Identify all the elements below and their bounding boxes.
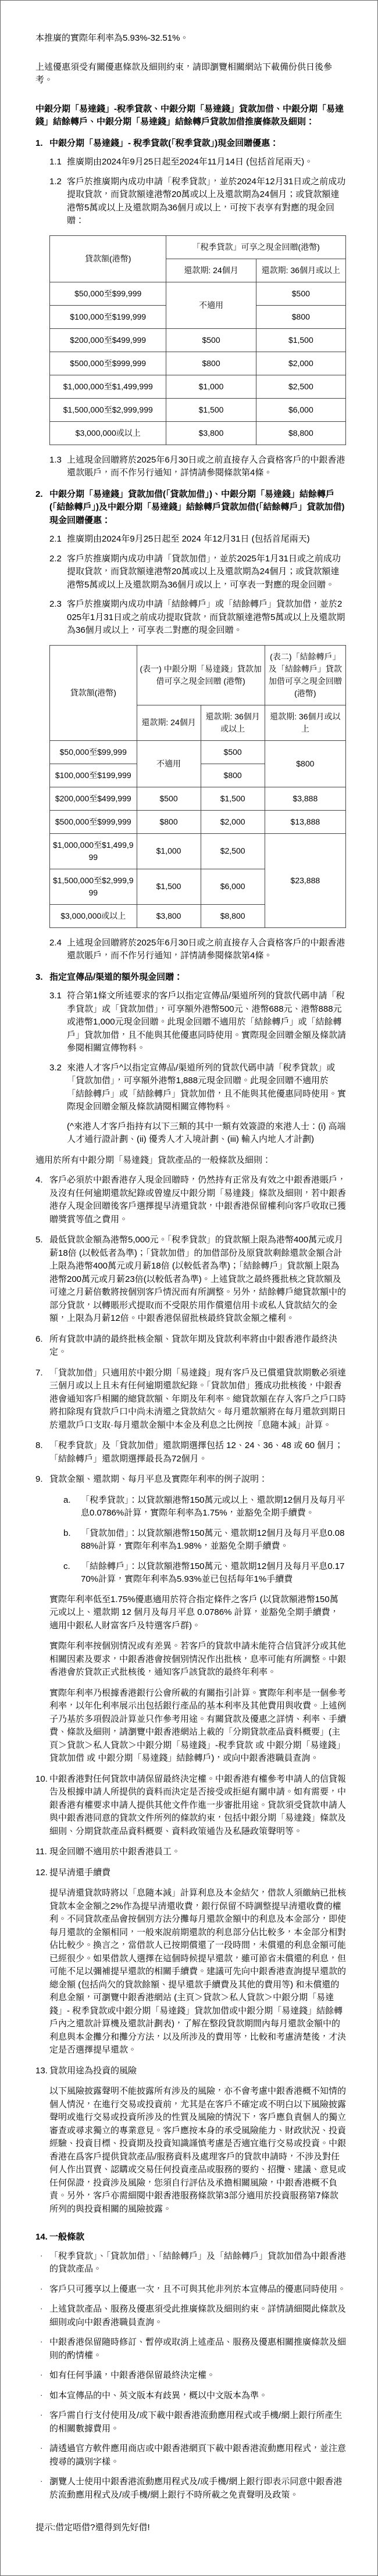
- rebate-cell: $500: [166, 328, 256, 352]
- clause-number: 1.3: [49, 454, 67, 480]
- table-row: $50,000至$99,999 不適用 $500: [50, 282, 346, 305]
- rebate-cell: $800: [201, 764, 265, 787]
- bullet-icon: ·: [40, 2336, 49, 2362]
- clause-2-3: 2.3 客戶於推廣期內成功申請「結餘轉戶」或「結餘轉戶」貸款加借，並於2025年…: [49, 598, 346, 637]
- clause-1-3: 1.3 上述現金回贈將於2025年6月30日或之前直接存入合資格客戶的中銀香港還…: [49, 454, 346, 480]
- rebate-cell: $2,000: [201, 810, 265, 833]
- table-row: $500,000至$999,999 $800 $2,000: [50, 352, 346, 375]
- clause-1-2: 1.2 客戶於推廣期內成功申請「稅季貸款」，並於2024年12月31日或之前成功…: [49, 175, 346, 228]
- investment-risk-body: 以下風險披露聲明不能披露所有涉及的風險，亦不會考慮中銀香港概不知情的個人情況，在…: [49, 2085, 346, 2216]
- letter-number: c.: [63, 1560, 81, 1586]
- general-bullet: · 中銀香港保留隨時修訂、暫停或取消上述產品、服務及優惠相關推廣條款及細則的酌情…: [40, 2336, 346, 2362]
- general-bullet: · 如本宣傳品的中、英文版本有歧異，概以中文版本為準。: [40, 2389, 346, 2403]
- clause-text: 來港人才客戶^以指定宣傳品/渠道所列的貸款代碼申請「稅季貸款」或「貸款加借」，可…: [67, 1062, 346, 1114]
- clause-5: 5. 最低貸款金額為港幣5,000元。「稅季貸款」的貸款額上限為港幣400萬元或…: [35, 1234, 346, 1325]
- section-number: 3.: [35, 971, 49, 984]
- clause-2-2: 2.2 客戶於推廣期內成功申請「貸款加借」，並於2025年1月31日或之前成功提…: [49, 553, 346, 592]
- group-header-cell: (表一) 中銀分期「易達錢」貸款加借可享之現金回贈 (港幣): [137, 645, 265, 705]
- clause-number: 8.: [35, 1439, 49, 1466]
- rebate-cell: $800: [137, 810, 201, 833]
- clause-text: 客戶於推廣期內成功申請「貸款加借」，並於2025年1月31日或之前成功提取貸款，…: [67, 553, 346, 592]
- clause-title: 提早清還手續費: [49, 1866, 346, 1880]
- section-number: 2.: [35, 488, 49, 528]
- section-3-heading: 3. 指定宣傳品/渠道的額外現金回贈：: [35, 971, 346, 984]
- rebate-cell: $2,000: [256, 352, 345, 375]
- bullet-text: 「稅季貸款」、「貸款加借」、「結餘轉戶」及「結餘轉戶」貸款加借為中銀香港的貸款產…: [49, 2250, 346, 2276]
- clause-13: 13. 貸款用途為投資的風險: [35, 2065, 346, 2078]
- rebate-cell: $8,800: [256, 421, 345, 445]
- section-number: 1.: [35, 137, 49, 151]
- bullet-icon: ·: [40, 2283, 49, 2296]
- clause-text: 客戶必須於中銀香港存入現金回贈時，仍然持有正常及有效之中銀香港賬戶，及沒有任何逾…: [49, 1174, 346, 1226]
- clause-10: 10. 中銀香港對任何貸款申請保留最終決定權。中銀香港有權參考申請人的信貸報告及…: [35, 1773, 346, 1839]
- bullet-text: 如本宣傳品的中、英文版本有歧異，概以中文版本為準。: [49, 2389, 346, 2403]
- rebate-cell: 不適用: [166, 282, 256, 328]
- rebate-cell: $6,000: [201, 869, 265, 904]
- clause-3-1: 3.1 符合第1條文所述要求的客戶以指定宣傳品/渠道所列的貸款代碼申請「稅季貸款…: [49, 990, 346, 1055]
- rebate-cell: $1,500: [137, 869, 201, 904]
- example-text: 「貸款加借」：以貸款額港幣150萬元、還款期12個月及每月平息0.0888%計算…: [81, 1527, 346, 1553]
- amount-header-cell: 貸款額(港幣): [50, 235, 166, 282]
- bullet-text: 上述貸款產品、服務及優惠須受此推廣條款及細則約束。詳情請細閱此條款及細則或向中銀…: [49, 2303, 346, 2329]
- lending-warning-slogan: 提示:借定唔借?還得到先好借!: [35, 2521, 346, 2535]
- letter-number: a.: [63, 1494, 81, 1520]
- general-terms-heading: 適用於所有中銀分期「易達錢」貸款產品的一般條款及細則：: [35, 1154, 346, 1167]
- amount-cell: $50,000至$99,999: [50, 282, 166, 305]
- clause-text: 推廣期由2024年9月25日起至 2024 年12月31日 (包括首尾兩天): [67, 533, 346, 546]
- table-row: $50,000至$99,999 不適用 $500 $800: [50, 740, 346, 764]
- bullet-icon: ·: [40, 2409, 49, 2435]
- bullet-text: 請透過官方軟件應用商店或中銀香港網頁下載中銀香港流動應用程式，並注意搜尋的識別字…: [49, 2442, 346, 2468]
- subheader-cell: 還款期: 24個月: [137, 705, 201, 740]
- amount-cell: $500,000至$999,999: [50, 352, 166, 375]
- bullet-icon: ·: [40, 2389, 49, 2403]
- general-bullet: · 請透過官方軟件應用商店或中銀香港網頁下載中銀香港流動應用程式，並注意搜尋的識…: [40, 2442, 346, 2468]
- offer-notice-line: 上述優惠須受有關優惠條款及細則約束，請即瀏覽相關網站下載備份供日後參考。: [35, 61, 346, 87]
- amount-cell: $50,000至$99,999: [50, 740, 137, 764]
- subheader-cell: 還款期: 36個月或以上: [201, 705, 265, 740]
- rebate-cell: $13,888: [265, 810, 345, 833]
- clause-number: 3.1: [49, 990, 67, 1055]
- rebate-cell: $2,500: [256, 375, 345, 398]
- clause-number: 1.2: [49, 175, 67, 228]
- section-heading-text: 中銀分期「易達錢」- 稅季貸款(「稅季貸款」)現金回贈優惠：: [49, 137, 346, 151]
- rebate-cell: $800: [265, 740, 345, 787]
- rebate-cell: 不適用: [137, 740, 201, 787]
- clause-number: 10.: [35, 1773, 49, 1839]
- clause-text: 符合第1條文所述要求的客戶以指定宣傳品/渠道所列的貸款代碼申請「稅季貸款」或「貸…: [67, 990, 346, 1055]
- clause-number: 3.2: [49, 1062, 67, 1114]
- amount-cell: $1,000,000至$1,499,999: [50, 833, 137, 869]
- clause-4: 4. 客戶必須於中銀香港存入現金回贈時，仍然持有正常及有效之中銀香港賬戶，及沒有…: [35, 1174, 346, 1226]
- clause-number: 2.3: [49, 598, 67, 637]
- general-bullet: · 客戶需自行支付使用及/或下載中銀香港流動應用程式或手機/網上銀行所產生的相關…: [40, 2409, 346, 2435]
- doc-title: 中銀分期「易達錢」-稅季貸款、中銀分期「易達錢」貸款加借、中銀分期「易達錢」結餘…: [35, 103, 346, 129]
- table-row: $1,000,000至$1,499,999 $1,000 $2,500: [50, 375, 346, 398]
- bullet-text: 中銀香港保留隨時修訂、暫停或取消上述產品、服務及優惠相關推廣條款及細則的酌情權。: [49, 2336, 346, 2362]
- clause-text: 中銀香港對任何貸款申請保留最終決定權。中銀香港有權參考申請人的信貸報告及根據申請…: [49, 1773, 346, 1839]
- table-row: $500,000至$999,999 $800 $2,000 $13,888: [50, 810, 346, 833]
- bullet-icon: ·: [40, 2475, 49, 2502]
- bullet-icon: ·: [40, 2442, 49, 2468]
- table-row: $200,000至$499,999 $500 $1,500 $3,888: [50, 787, 346, 810]
- clause-12: 12. 提早清還手續費: [35, 1866, 346, 1880]
- amount-cell: $200,000至$499,999: [50, 328, 166, 352]
- clause-number: 6.: [35, 1333, 49, 1359]
- section-heading-text: 中銀分期「易達錢」貸款加借(「貸款加借」)、中銀分期「易達錢」結餘轉戶(「結餘轉…: [49, 488, 346, 528]
- section-heading-text: 一般條款: [49, 2231, 346, 2244]
- section-2-heading: 2. 中銀分期「易達錢」貸款加借(「貸款加借」)、中銀分期「易達錢」結餘轉戶(「…: [35, 488, 346, 528]
- clause-number: 5.: [35, 1234, 49, 1325]
- clause-number: 4.: [35, 1174, 49, 1226]
- amount-cell: $3,000,000或以上: [50, 421, 166, 445]
- rebate-cell: $3,800: [137, 904, 201, 927]
- amount-header-cell: 貸款額(港幣): [50, 645, 137, 740]
- amount-cell: $200,000至$499,999: [50, 787, 137, 810]
- rebate-cell: $1,000: [137, 833, 201, 869]
- group-header-cell: 「稅季貸款」可享之現金回贈(港幣): [166, 235, 346, 259]
- tax-loan-rebate-table: 貸款額(港幣) 「稅季貸款」可享之現金回贈(港幣) 還款期: 24個月 還款期:…: [49, 235, 346, 445]
- clause-text: 所有貸款申請的最終批核金額、貸款年期及貸款利率將由中銀香港作最終決定。: [49, 1333, 346, 1359]
- clause-number: 2.1: [49, 533, 67, 546]
- apr-guideline-para: 實際年利率乃根據香港銀行公會所載的有關指引計算。實際年利率是一個參考利率，以年化…: [49, 1687, 346, 1765]
- bullet-icon: ·: [40, 2303, 49, 2329]
- clause-text: 上述現金回贈將於2025年6月30日或之前直接存入合資格客戶的中銀香港還款賬戶，…: [67, 454, 346, 480]
- general-bullet: · 客戶只可獲享以上優惠一次，且不可與其他非列於本宣傳品的優惠同時使用。: [40, 2283, 346, 2296]
- bullet-icon: ·: [40, 2250, 49, 2276]
- top-up-balance-transfer-rebate-table: 貸款額(港幣) (表一) 中銀分期「易達錢」貸款加借可享之現金回贈 (港幣) (…: [49, 645, 346, 928]
- example-text: 「結餘轉戶」：以貸款額港幣150萬元、還款期12個月及每月平息0.1770%計算…: [81, 1560, 346, 1586]
- clause-title: 貸款用途為投資的風險: [49, 2065, 346, 2078]
- rebate-cell: $800: [256, 305, 345, 328]
- rebate-cell: $23,888: [265, 833, 345, 927]
- section-1-heading: 1. 中銀分期「易達錢」- 稅季貸款(「稅季貸款」)現金回贈優惠：: [35, 137, 346, 151]
- clause-3-2: 3.2 來港人才客戶^以指定宣傳品/渠道所列的貸款代碼申請「稅季貸款」或「貸款加…: [49, 1062, 346, 1114]
- example-c: c. 「結餘轉戶」：以貸款額港幣150萬元、還款期12個月及每月平息0.1770…: [63, 1560, 346, 1586]
- rebate-cell: $8,800: [201, 904, 265, 927]
- general-bullet: · 如有任何爭議，中銀香港保留最終決定權。: [40, 2369, 346, 2382]
- rebate-cell: $2,500: [201, 833, 265, 869]
- rebate-cell: $3,800: [166, 421, 256, 445]
- rebate-cell: $800: [166, 352, 256, 375]
- clause-text: 上述現金回贈將於2025年6月30日或之前直接存入合資格客戶的中銀香港還款賬戶，…: [67, 937, 346, 963]
- bullet-text: 客戶需自行支付使用及/或下載中銀香港流動應用程式或手機/網上銀行所產生的相關數據…: [49, 2409, 346, 2435]
- rebate-cell: $1,500: [166, 398, 256, 421]
- clause-number: 12.: [35, 1866, 49, 1880]
- clause-2-1: 2.1 推廣期由2024年9月25日起至 2024 年12月31日 (包括首尾兩…: [49, 533, 346, 546]
- early-repayment-body: 提早清還貸款時將以「息隨本減」計算利息及本金結欠，借款人須繳納已批核貸款本金金額…: [49, 1887, 346, 2057]
- example-text: 「稅季貸款」：以貸款額港幣150萬元或以上、還款期12個月及每月平息0.0786…: [81, 1494, 346, 1520]
- section-heading-text: 指定宣傳品/渠道的額外現金回贈：: [49, 971, 346, 984]
- terms-document: 本推廣的實際年利率為5.93%-32.51%。 上述優惠須受有關優惠條款及細則約…: [0, 0, 378, 2576]
- clause-number: 7.: [35, 1367, 49, 1432]
- clause-11: 11. 現金回贈不適用於中銀香港員工。: [35, 1846, 346, 1859]
- rebate-cell: $500: [201, 740, 265, 764]
- clause-text: 「貸款加借」只適用於中銀分期「易達錢」現有客戶及已償還貸款期數必須達三個月或以上…: [49, 1367, 346, 1432]
- subheader-cell: 還款期: 36個月或以上: [265, 705, 345, 740]
- apr-line: 本推廣的實際年利率為5.93%-32.51%。: [35, 32, 346, 45]
- clause-8: 8. 「稅季貸款」及「貸款加借」還款期選擇包括 12、24、36、48 或 60…: [35, 1439, 346, 1466]
- bullet-text: 客戶只可獲享以上優惠一次，且不可與其他非列於本宣傳品的優惠同時使用。: [49, 2283, 346, 2296]
- rebate-cell: $1,500: [201, 787, 265, 810]
- bullet-text: 如有任何爭議，中銀香港保留最終決定權。: [49, 2369, 346, 2382]
- clause-text: 貸款金額、還款期、每月平息及實際年利率的例子說明：: [49, 1473, 346, 1486]
- clause-number: 2.2: [49, 553, 67, 592]
- bullet-icon: ·: [40, 2369, 49, 2382]
- amount-cell: $3,000,000或以上: [50, 904, 137, 927]
- amount-cell: $100,000至$199,999: [50, 305, 166, 328]
- table-row: $1,000,000至$1,499,999 $1,000 $2,500 $23,…: [50, 833, 346, 869]
- rebate-cell: $1,000: [166, 375, 256, 398]
- clause-6: 6. 所有貸款申請的最終批核金額、貸款年期及貸款利率將由中銀香港作最終決定。: [35, 1333, 346, 1359]
- general-bullet: · 「稅季貸款」、「貸款加借」、「結餘轉戶」及「結餘轉戶」貸款加借為中銀香港的貸…: [40, 2250, 346, 2276]
- clause-number: 13.: [35, 2065, 49, 2078]
- amount-cell: $500,000至$999,999: [50, 810, 137, 833]
- rebate-cell: $500: [137, 787, 201, 810]
- amount-cell: $1,500,000至$2,999,999: [50, 869, 137, 904]
- rebate-cell: $500: [256, 282, 345, 305]
- table-header-row: 貸款額(港幣) (表一) 中銀分期「易達錢」貸款加借可享之現金回贈 (港幣) (…: [50, 645, 346, 705]
- rebate-cell: $6,000: [256, 398, 345, 421]
- general-bullet: · 瀏覽人士使用中銀香港流動應用程式及/或手機/網上銀行即表示同意中銀香港於流動…: [40, 2475, 346, 2502]
- section-number: 14.: [35, 2231, 49, 2244]
- clause-9: 9. 貸款金額、還款期、每月平息及實際年利率的例子說明：: [35, 1473, 346, 1486]
- example-a: a. 「稅季貸款」：以貸款額港幣150萬元或以上、還款期12個月及每月平息0.0…: [63, 1494, 346, 1520]
- talent-note: (^來港人才客戶指持有以下三類的其中一類有效簽證的來港人士：(i) 高端人才通行…: [67, 1120, 346, 1147]
- section-14-heading: 14. 一般條款: [35, 2231, 346, 2244]
- clause-text: 客戶於推廣期內成功申請「稅季貸款」，並於2024年12月31日或之前成功提取貸款…: [67, 175, 346, 228]
- subheader-cell: 還款期: 36個月或以上: [256, 259, 345, 282]
- clause-text: 客戶於推廣期內成功申請「結餘轉戶」或「結餘轉戶」貸款加借，並於2025年1月31…: [67, 598, 346, 637]
- group-header-cell: (表二)「結餘轉戶」及「結餘轉戶」貸款加借可享之現金回贈(港幣): [265, 645, 345, 705]
- apr-variation-para: 實際年利率按個別情況或有差異。若客戶的貸款申請未能符合信貸評分或其他相關因素及要…: [49, 1640, 346, 1679]
- clause-number: 11.: [35, 1846, 49, 1859]
- rebate-cell: $3,888: [265, 787, 345, 810]
- clause-number: 2.4: [49, 937, 67, 963]
- clause-7: 7. 「貸款加借」只適用於中銀分期「易達錢」現有客戶及已償還貸款期數必須達三個月…: [35, 1367, 346, 1432]
- amount-cell: $1,000,000至$1,499,999: [50, 375, 166, 398]
- clause-text: 「稅季貸款」及「貸款加借」還款期選擇包括 12、24、36、48 或 60 個月…: [49, 1439, 346, 1466]
- bullet-text: 瀏覽人士使用中銀香港流動應用程式及/或手機/網上銀行即表示同意中銀香港於流動應用…: [49, 2475, 346, 2502]
- clause-text: 現金回贈不適用於中銀香港員工。: [49, 1846, 346, 1859]
- rebate-cell: $1,500: [256, 328, 345, 352]
- clause-number: 9.: [35, 1473, 49, 1486]
- table-row: $200,000至$499,999 $500 $1,500: [50, 328, 346, 352]
- clause-text: 推廣期由2024年9月25日起至2024年11月14日 (包括首尾兩天)。: [67, 156, 346, 169]
- table-row: $3,000,000或以上 $3,800 $8,800: [50, 421, 346, 445]
- general-bullet: · 上述貸款產品、服務及優惠須受此推廣條款及細則約束。詳情請細閱此條款及細則或向…: [40, 2303, 346, 2329]
- clause-text: 最低貸款金額為港幣5,000元。「稅季貸款」的貸款額上限為港幣400萬元或月薪1…: [49, 1234, 346, 1325]
- apr-offer-para: 實際年利率低至1.75%優惠適用於符合指定條件之客戶 (以貸款額港幣150萬元或…: [49, 1593, 346, 1633]
- table-header-row: 貸款額(港幣) 「稅季貸款」可享之現金回贈(港幣): [50, 235, 346, 259]
- clause-1-1: 1.1 推廣期由2024年9月25日起至2024年11月14日 (包括首尾兩天)…: [49, 156, 346, 169]
- clause-2-4: 2.4 上述現金回贈將於2025年6月30日或之前直接存入合資格客戶的中銀香港還…: [49, 937, 346, 963]
- amount-cell: $1,500,000至$2,999,999: [50, 398, 166, 421]
- amount-cell: $100,000至$199,999: [50, 764, 137, 787]
- letter-number: b.: [63, 1527, 81, 1553]
- subheader-cell: 還款期: 24個月: [166, 259, 256, 282]
- example-b: b. 「貸款加借」：以貸款額港幣150萬元、還款期12個月及每月平息0.0888…: [63, 1527, 346, 1553]
- clause-number: 1.1: [49, 156, 67, 169]
- table-row: $1,500,000至$2,999,999 $1,500 $6,000: [50, 398, 346, 421]
